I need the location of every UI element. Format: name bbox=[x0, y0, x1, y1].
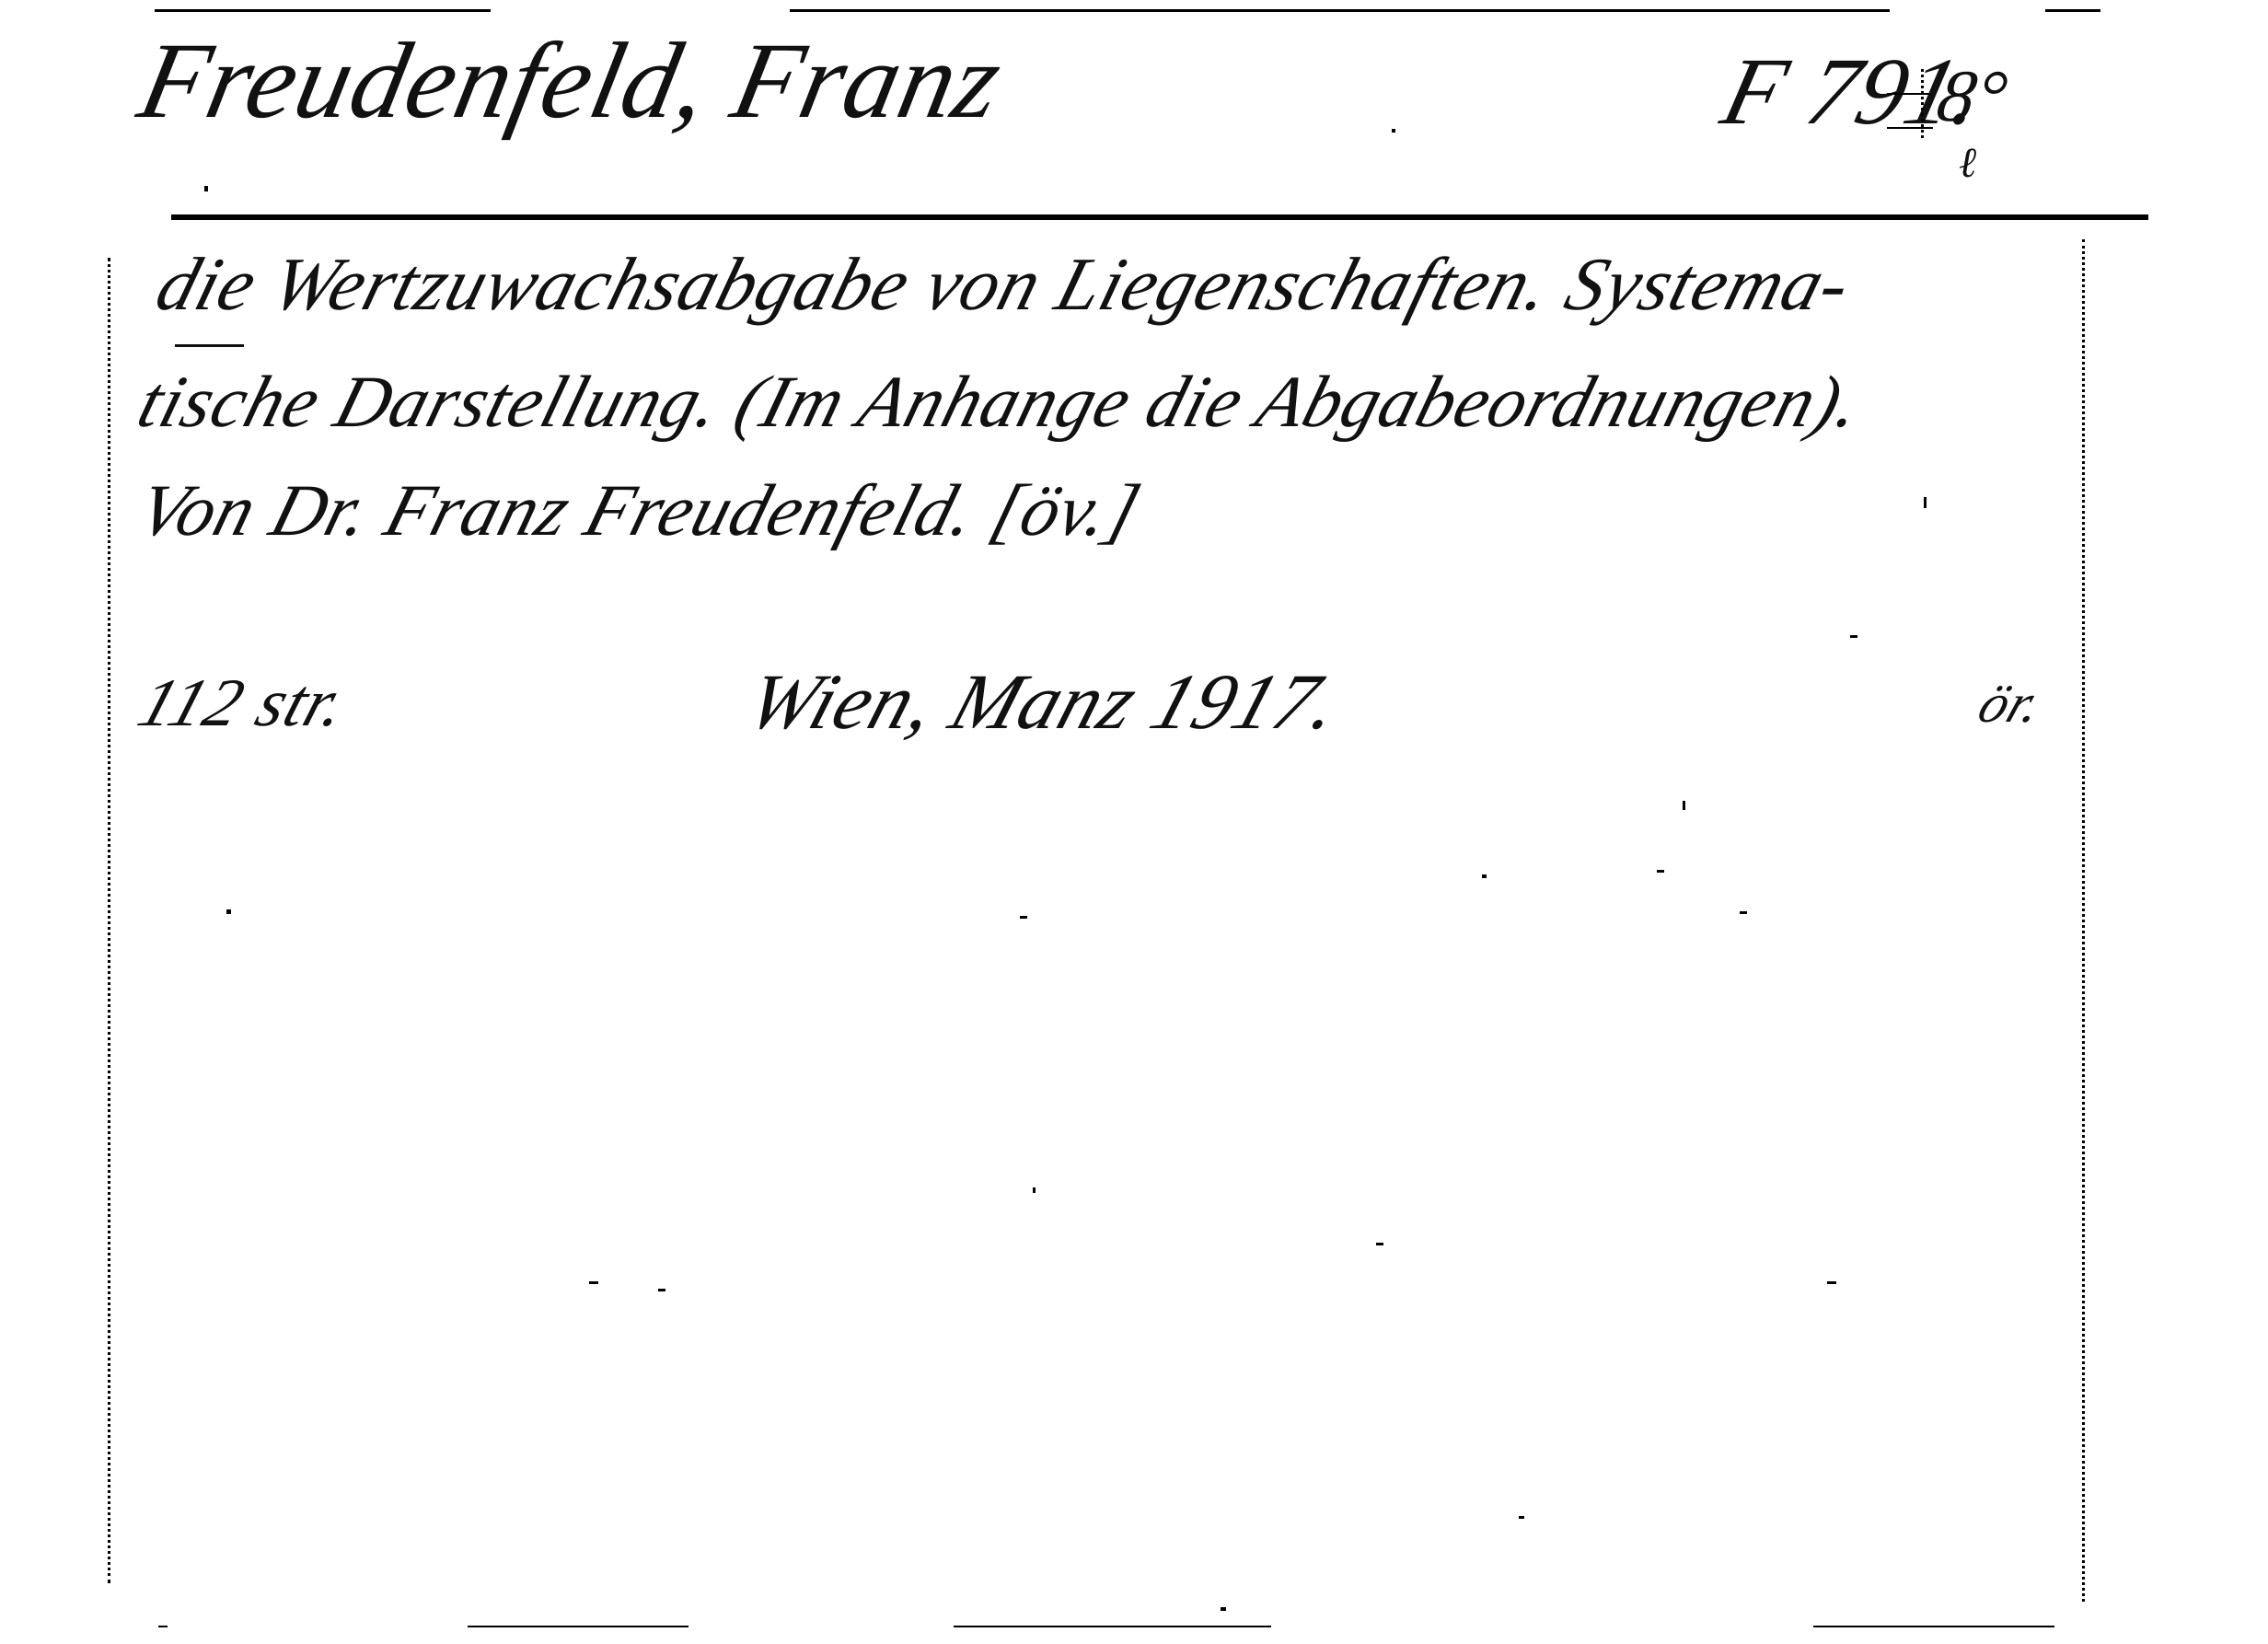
scan-speck bbox=[1850, 635, 1857, 638]
scan-speck bbox=[226, 909, 231, 914]
scan-speck bbox=[1657, 870, 1664, 873]
entry-title-line-2: tische Darstellung. (Im Anhange die Abga… bbox=[129, 361, 1871, 445]
scan-speck bbox=[1033, 1187, 1036, 1193]
scan-speck bbox=[1924, 497, 1927, 508]
scan-speck bbox=[1020, 916, 1027, 919]
scan-speck bbox=[1683, 801, 1685, 810]
scan-speck bbox=[658, 1289, 665, 1291]
entry-author-statement: Von Dr. Franz Freudenfeld. [öv.] bbox=[129, 469, 1150, 553]
bottom-edge-rule bbox=[954, 1626, 1271, 1627]
scan-speck bbox=[589, 1281, 598, 1284]
title-keyword-underline bbox=[175, 344, 244, 347]
bottom-edge-rule bbox=[1813, 1626, 2054, 1627]
top-edge-rule bbox=[790, 9, 1890, 12]
right-margin-line bbox=[2082, 239, 2085, 1602]
imprint: Wien, Manz 1917. bbox=[736, 655, 1353, 747]
scan-speck bbox=[1482, 874, 1487, 878]
imprint-annotation: ör. bbox=[1970, 672, 2053, 735]
format-note: ℓ bbox=[1959, 138, 1977, 187]
heading-separator bbox=[171, 214, 2148, 220]
author-heading: Freudenfeld, Franz bbox=[129, 18, 1012, 144]
format-tick bbox=[1887, 127, 1933, 129]
entry-title-line-1: die Wertzuwachsabgabe von Liegenschaften… bbox=[147, 241, 1861, 328]
left-margin-line bbox=[108, 258, 110, 1583]
pagination: 112 str. bbox=[129, 665, 357, 743]
catalog-card: Freudenfeld, Franz F 791. 8° ℓ die Wertz… bbox=[0, 0, 2268, 1644]
format-size: 8° bbox=[1931, 55, 2014, 139]
scan-speck bbox=[1519, 1516, 1524, 1519]
scan-speck bbox=[1740, 911, 1747, 914]
bottom-edge-rule bbox=[158, 1626, 168, 1627]
scan-speck bbox=[204, 186, 208, 191]
scan-speck bbox=[1392, 129, 1395, 133]
top-edge-rule bbox=[155, 9, 491, 12]
scan-speck bbox=[1376, 1243, 1383, 1245]
bottom-edge-rule bbox=[468, 1626, 688, 1627]
format-tick bbox=[1887, 93, 1931, 95]
scan-speck bbox=[1221, 1607, 1226, 1611]
scan-speck bbox=[1827, 1281, 1836, 1284]
top-edge-rule bbox=[2045, 9, 2100, 12]
